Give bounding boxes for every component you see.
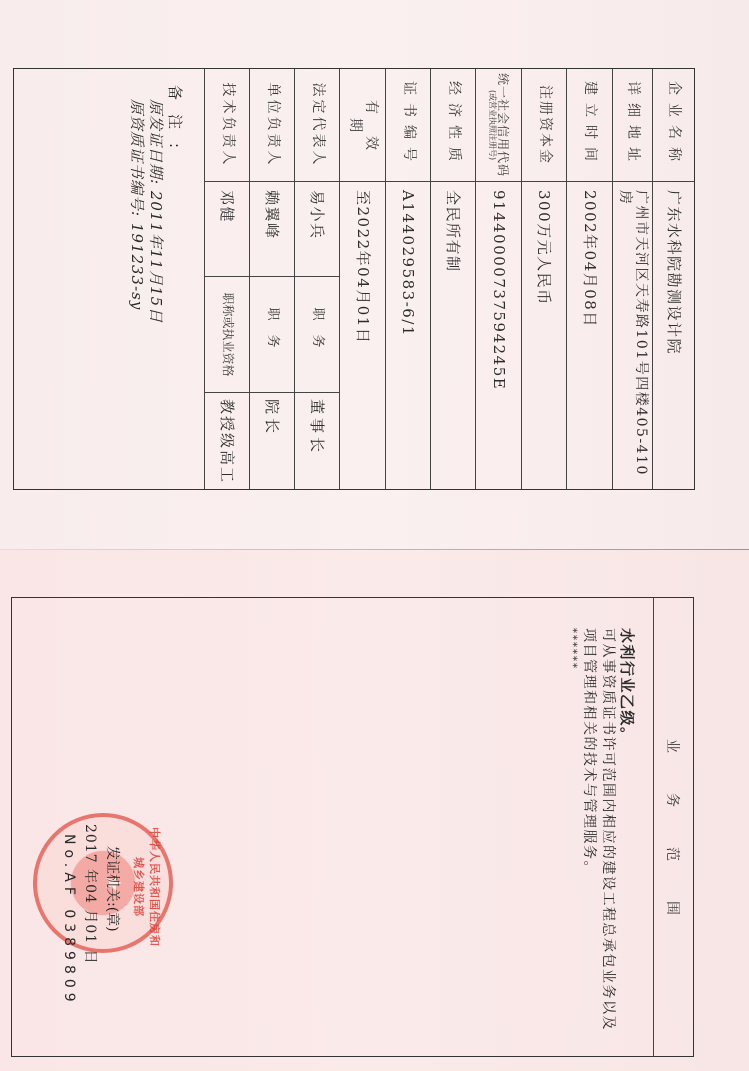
business-scope-section: 业 务 范 围 水利行业乙级。 可从事资质证书许可范围内相应的建设工程总承包业务…: [11, 597, 694, 1057]
business-scope-heading: 业 务 范 围: [653, 598, 693, 1056]
heading-char-2: 务: [664, 793, 684, 807]
heading-char-4: 围: [664, 901, 684, 915]
label-technical-head-title: 职称或执业资格: [205, 276, 249, 393]
label-credit-code-main: 统一社会信用代码: [496, 73, 509, 177]
issue-date: 2017 年04 月01 日: [81, 824, 101, 965]
row-economic-nature: 经济性质 全民所有制: [430, 69, 475, 489]
label-unit-head: 单位负责人: [250, 69, 294, 182]
value-validity: 至2022年04月01日: [354, 182, 371, 489]
scope-description: 可从事资质证书许可范围内相应的建设工程总承包业务以及项目管理和相关的技术与管理服…: [579, 628, 617, 1036]
row-validity: 有效期 至2022年04月01日: [339, 69, 385, 489]
heading-char-1: 业: [664, 739, 684, 753]
business-scope-table: 业 务 范 围 水利行业乙级。 可从事资质证书许可范围内相应的建设工程总承包业务…: [11, 597, 694, 1057]
value-credit-code: 91440000737594245E: [490, 182, 507, 489]
technical-head-cells: 邓健 职称或执业资格 教授级高工: [205, 182, 249, 489]
serial-number: No.AF 0389809: [61, 834, 77, 1007]
value-technical-head: 邓健: [219, 182, 236, 276]
value-economic-nature: 全民所有制: [445, 182, 462, 489]
value-unit-head-position: 院长: [264, 393, 281, 489]
unit-head-cells: 赖翼峰 职务 院长: [250, 182, 294, 489]
label-legal-representative: 法定代表人: [295, 69, 339, 182]
remarks-cell: 备注: 原发证日期: 2011年11月15日 原资质证书编号: 191233-s…: [14, 69, 204, 489]
label-validity: 有效期: [340, 69, 385, 182]
value-certificate-number: A144029583-6/1: [400, 182, 417, 489]
qualification-grade: 水利行业乙级。: [617, 628, 637, 1036]
label-technical-head: 技术负责人: [205, 69, 249, 182]
remarks-original-certificate-number: 原资质证书编号: 191233-sy: [128, 99, 147, 489]
row-certificate-number: 证书编号 A144029583-6/1: [385, 69, 430, 489]
row-legal-representative: 法定代表人 易小兵 职务 董事长: [294, 69, 339, 489]
remarks-heading: 备注:: [165, 85, 184, 489]
seal-text: 中华人民共和国住房和城乡建设部: [131, 827, 163, 947]
label-company-name: 企业名称: [653, 69, 694, 182]
label-unit-head-position: 职务: [250, 276, 294, 393]
row-technical-head: 技术负责人 邓健 职称或执业资格 教授级高工: [204, 69, 249, 489]
label-credit-code-sub: (或营业执照注册号): [488, 90, 497, 160]
value-legal-representative: 易小兵: [309, 182, 326, 276]
enterprise-info-section: 企业名称 广东水科院勘测设计院 详细地址 广州市天河区天寿路101号四楼405-…: [13, 68, 695, 490]
label-established: 建立时间: [567, 69, 612, 182]
value-technical-head-title: 教授级高工: [219, 393, 236, 489]
issuing-authority: 发证机关:(章): [103, 846, 123, 932]
scope-end-marker: ******: [565, 628, 579, 1036]
label-economic-nature: 经济性质: [431, 69, 475, 182]
heading-char-3: 范: [664, 847, 684, 861]
row-established: 建立时间 2002年04月08日: [566, 69, 612, 489]
label-credit-code: 统一社会信用代码 (或营业执照注册号): [476, 69, 521, 182]
row-unit-head: 单位负责人 赖翼峰 职务 院长: [249, 69, 294, 489]
value-company-name: 广东水科院勘测设计院: [665, 182, 682, 489]
label-legal-rep-position: 职务: [295, 276, 339, 393]
value-registered-capital: 300万元人民币: [536, 182, 553, 489]
remarks-original-issue-date: 原发证日期: 2011年11月15日: [147, 99, 166, 489]
row-address: 详细地址 广州市天河区天寿路101号四楼405-410房: [612, 69, 652, 489]
label-address: 详细地址: [613, 69, 652, 182]
value-address: 广州市天河区天寿路101号四楼405-410房: [617, 182, 648, 489]
row-company-name: 企业名称 广东水科院勘测设计院: [652, 69, 694, 489]
value-established: 2002年04月08日: [581, 182, 598, 489]
enterprise-info-table: 企业名称 广东水科院勘测设计院 详细地址 广州市天河区天寿路101号四楼405-…: [13, 68, 695, 490]
business-scope-content: 水利行业乙级。 可从事资质证书许可范围内相应的建设工程总承包业务以及项目管理和相…: [565, 628, 637, 1036]
label-certificate-number: 证书编号: [386, 69, 430, 182]
row-credit-code: 统一社会信用代码 (或营业执照注册号) 91440000737594245E: [475, 69, 521, 489]
row-registered-capital: 注册资本金 300万元人民币: [521, 69, 566, 489]
value-legal-rep-position: 董事长: [309, 393, 326, 489]
value-unit-head: 赖翼峰: [264, 182, 281, 276]
label-registered-capital: 注册资本金: [522, 69, 566, 182]
legal-representative-cells: 易小兵 职务 董事长: [295, 182, 339, 489]
